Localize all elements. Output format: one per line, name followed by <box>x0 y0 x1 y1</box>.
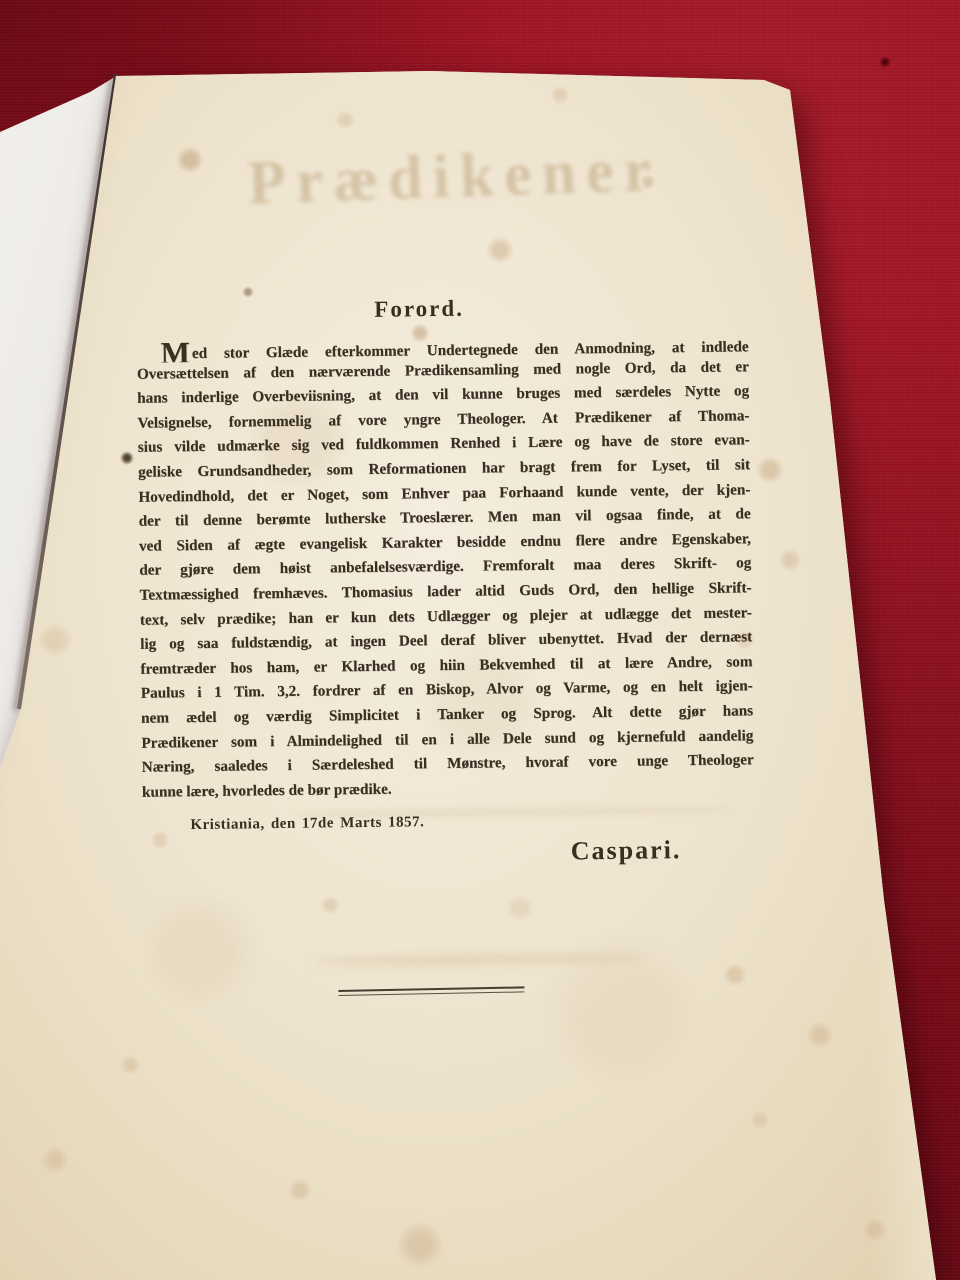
signature: Caspari. <box>571 835 682 866</box>
drop-cap-initial: M <box>160 335 190 362</box>
foreword-paragraph: Med stor Glæde efterkommer Undertegnede … <box>136 330 754 805</box>
dateline: Kristiania, den 17de Marts 1857. <box>190 814 424 834</box>
ghost-title-showthrough: Prædikener <box>173 133 735 223</box>
double-rule-divider <box>338 986 524 996</box>
printed-block: Prædikener Forord. Med stor Glæde efterk… <box>134 132 758 1139</box>
showthrough-streak <box>314 952 644 968</box>
book-photo-scene: Prædikener Forord. Med stor Glæde efterk… <box>0 0 960 1280</box>
foreword-heading: Forord. <box>136 293 702 326</box>
